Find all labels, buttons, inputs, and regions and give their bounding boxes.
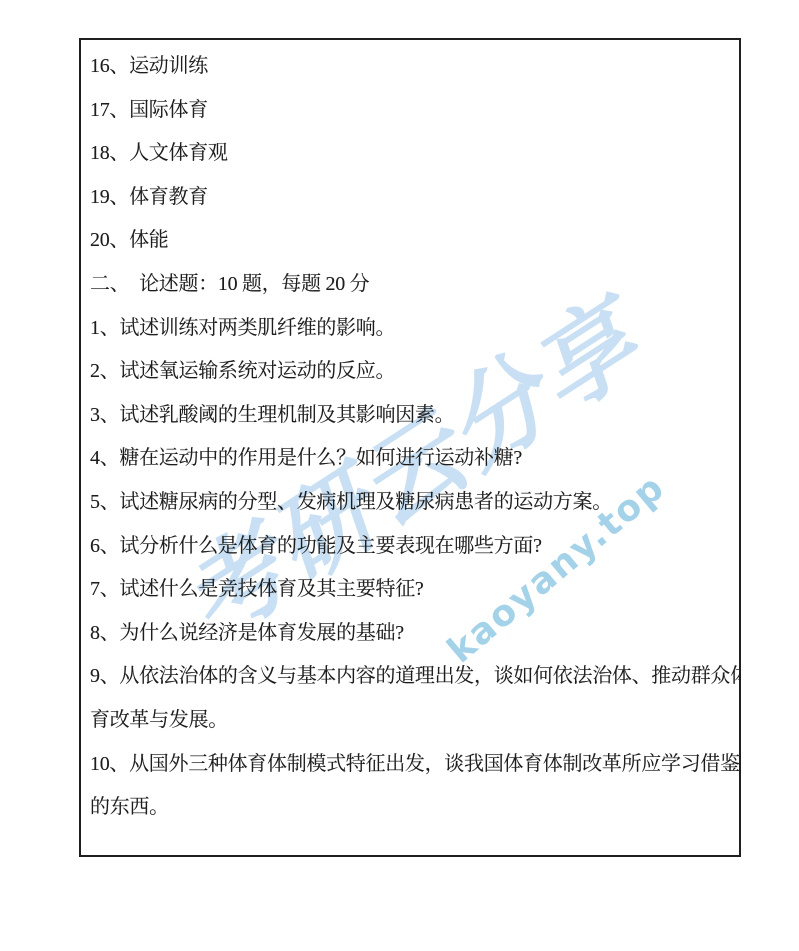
essay-question-4: 4、糖在运动中的作用是什么？如何进行运动补糖?	[90, 437, 735, 481]
essay-question-10-line1: 10、从国外三种体育体制模式特征出发，谈我国体育体制改革所应学习借鉴	[90, 743, 735, 787]
essay-question-10-line2: 的东西。	[90, 786, 735, 830]
essay-question-9-line2: 育改革与发展。	[90, 699, 735, 743]
essay-question-5: 5、试述糖尿病的分型、发病机理及糖尿病患者的运动方案。	[90, 481, 735, 525]
essay-question-1: 1、试述训练对两类肌纤维的影响。	[90, 307, 735, 351]
essay-question-2: 2、试述氧运输系统对运动的反应。	[90, 350, 735, 394]
term-item-17: 17、国际体育	[90, 89, 735, 133]
exam-text-block: 16、运动训练 17、国际体育 18、人文体育观 19、体育教育 20、体能 二…	[81, 40, 739, 855]
section-header-essay: 二、 论述题：10 题，每题 20 分	[90, 263, 735, 307]
term-item-20: 20、体能	[90, 219, 735, 263]
term-item-19: 19、体育教育	[90, 176, 735, 220]
essay-question-6: 6、试分析什么是体育的功能及主要表现在哪些方面?	[90, 525, 735, 569]
essay-question-8: 8、为什么说经济是体育发展的基础?	[90, 612, 735, 656]
essay-question-3: 3、试述乳酸阈的生理机制及其影响因素。	[90, 394, 735, 438]
exam-page: 考研云分享 kaoyany.top 16、运动训练 17、国际体育 18、人文体…	[79, 38, 741, 857]
term-item-18: 18、人文体育观	[90, 132, 735, 176]
term-item-16: 16、运动训练	[90, 45, 735, 89]
essay-question-9-line1: 9、从依法治体的含义与基本内容的道理出发，谈如何依法治体、推动群众体	[90, 655, 735, 699]
essay-question-7: 7、试述什么是竞技体育及其主要特征?	[90, 568, 735, 612]
